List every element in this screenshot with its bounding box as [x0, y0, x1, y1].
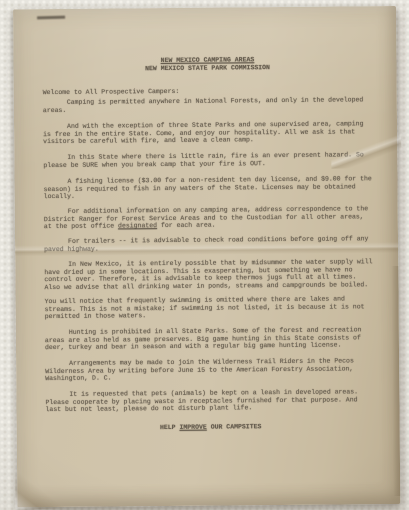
paragraph: Hunting is prohibited in all State Parks…	[45, 326, 375, 351]
paragraph-text: You will notice that frequently swimming…	[45, 295, 365, 320]
paragraph: For additional information on any campin…	[44, 205, 374, 230]
paragraph: Arrangements may be made to join the Wil…	[45, 357, 375, 382]
closing-line: HELP IMPROVE OUR CAMPSITES	[46, 422, 376, 432]
document-title-line2: NEW MEXICO STATE PARK COMMISSION	[43, 63, 373, 73]
paragraph-text: And with the exception of three State Pa…	[43, 120, 363, 145]
paragraph: You will notice that frequently swimming…	[45, 295, 375, 320]
salutation: Welcome to All Prospective Campers:	[43, 86, 373, 96]
photo-background: NEW MEXICO CAMPING AREAS NEW MEXICO STAT…	[0, 0, 409, 510]
illegible-stamp-mark	[37, 16, 65, 20]
paper-edge-shading	[391, 266, 400, 496]
document-title: NEW MEXICO CAMPING AREAS NEW MEXICO STAT…	[42, 55, 372, 73]
closing-text: OUR CAMPSITES	[207, 423, 262, 430]
paragraph-text: In New Mexico, it is entirely possible t…	[44, 258, 372, 290]
paragraph-text: Arrangements may be made to join the Wil…	[45, 357, 354, 382]
paragraph-text: Camping is permitted anywhere in Nationa…	[43, 96, 363, 113]
closing-text: HELP	[160, 424, 180, 431]
paragraph-text: for each area.	[157, 222, 216, 230]
fold-crease-bottom-left	[15, 469, 77, 510]
paragraph-underlined-text: designated	[118, 222, 157, 229]
paragraph-text: Hunting is prohibited in all State Parks…	[45, 326, 362, 351]
paragraph: And with the exception of three State Pa…	[43, 120, 373, 145]
paragraph: In this State where there is little rain…	[43, 151, 373, 169]
document-sheet: NEW MEXICO CAMPING AREAS NEW MEXICO STAT…	[13, 6, 400, 507]
paragraph-text: In this State where there is little rain…	[43, 151, 363, 168]
paragraph-text: It is requested that pets (animals) be k…	[45, 388, 358, 413]
paragraph-text: A fishing license ($3.00 for a non-resid…	[44, 175, 372, 200]
paragraph: Camping is permitted anywhere in Nationa…	[43, 96, 373, 114]
paragraph-text: For trailers -- it is advisable to check…	[44, 235, 368, 252]
paragraph: A fishing license ($3.00 for a non-resid…	[43, 175, 373, 200]
closing-underlined-text: IMPROVE	[179, 424, 206, 431]
paragraph: It is requested that pets (animals) be k…	[45, 388, 375, 413]
paragraph: In New Mexico, it is entirely possible t…	[44, 258, 374, 291]
paragraph: For trailers -- it is advisable to check…	[44, 235, 374, 253]
